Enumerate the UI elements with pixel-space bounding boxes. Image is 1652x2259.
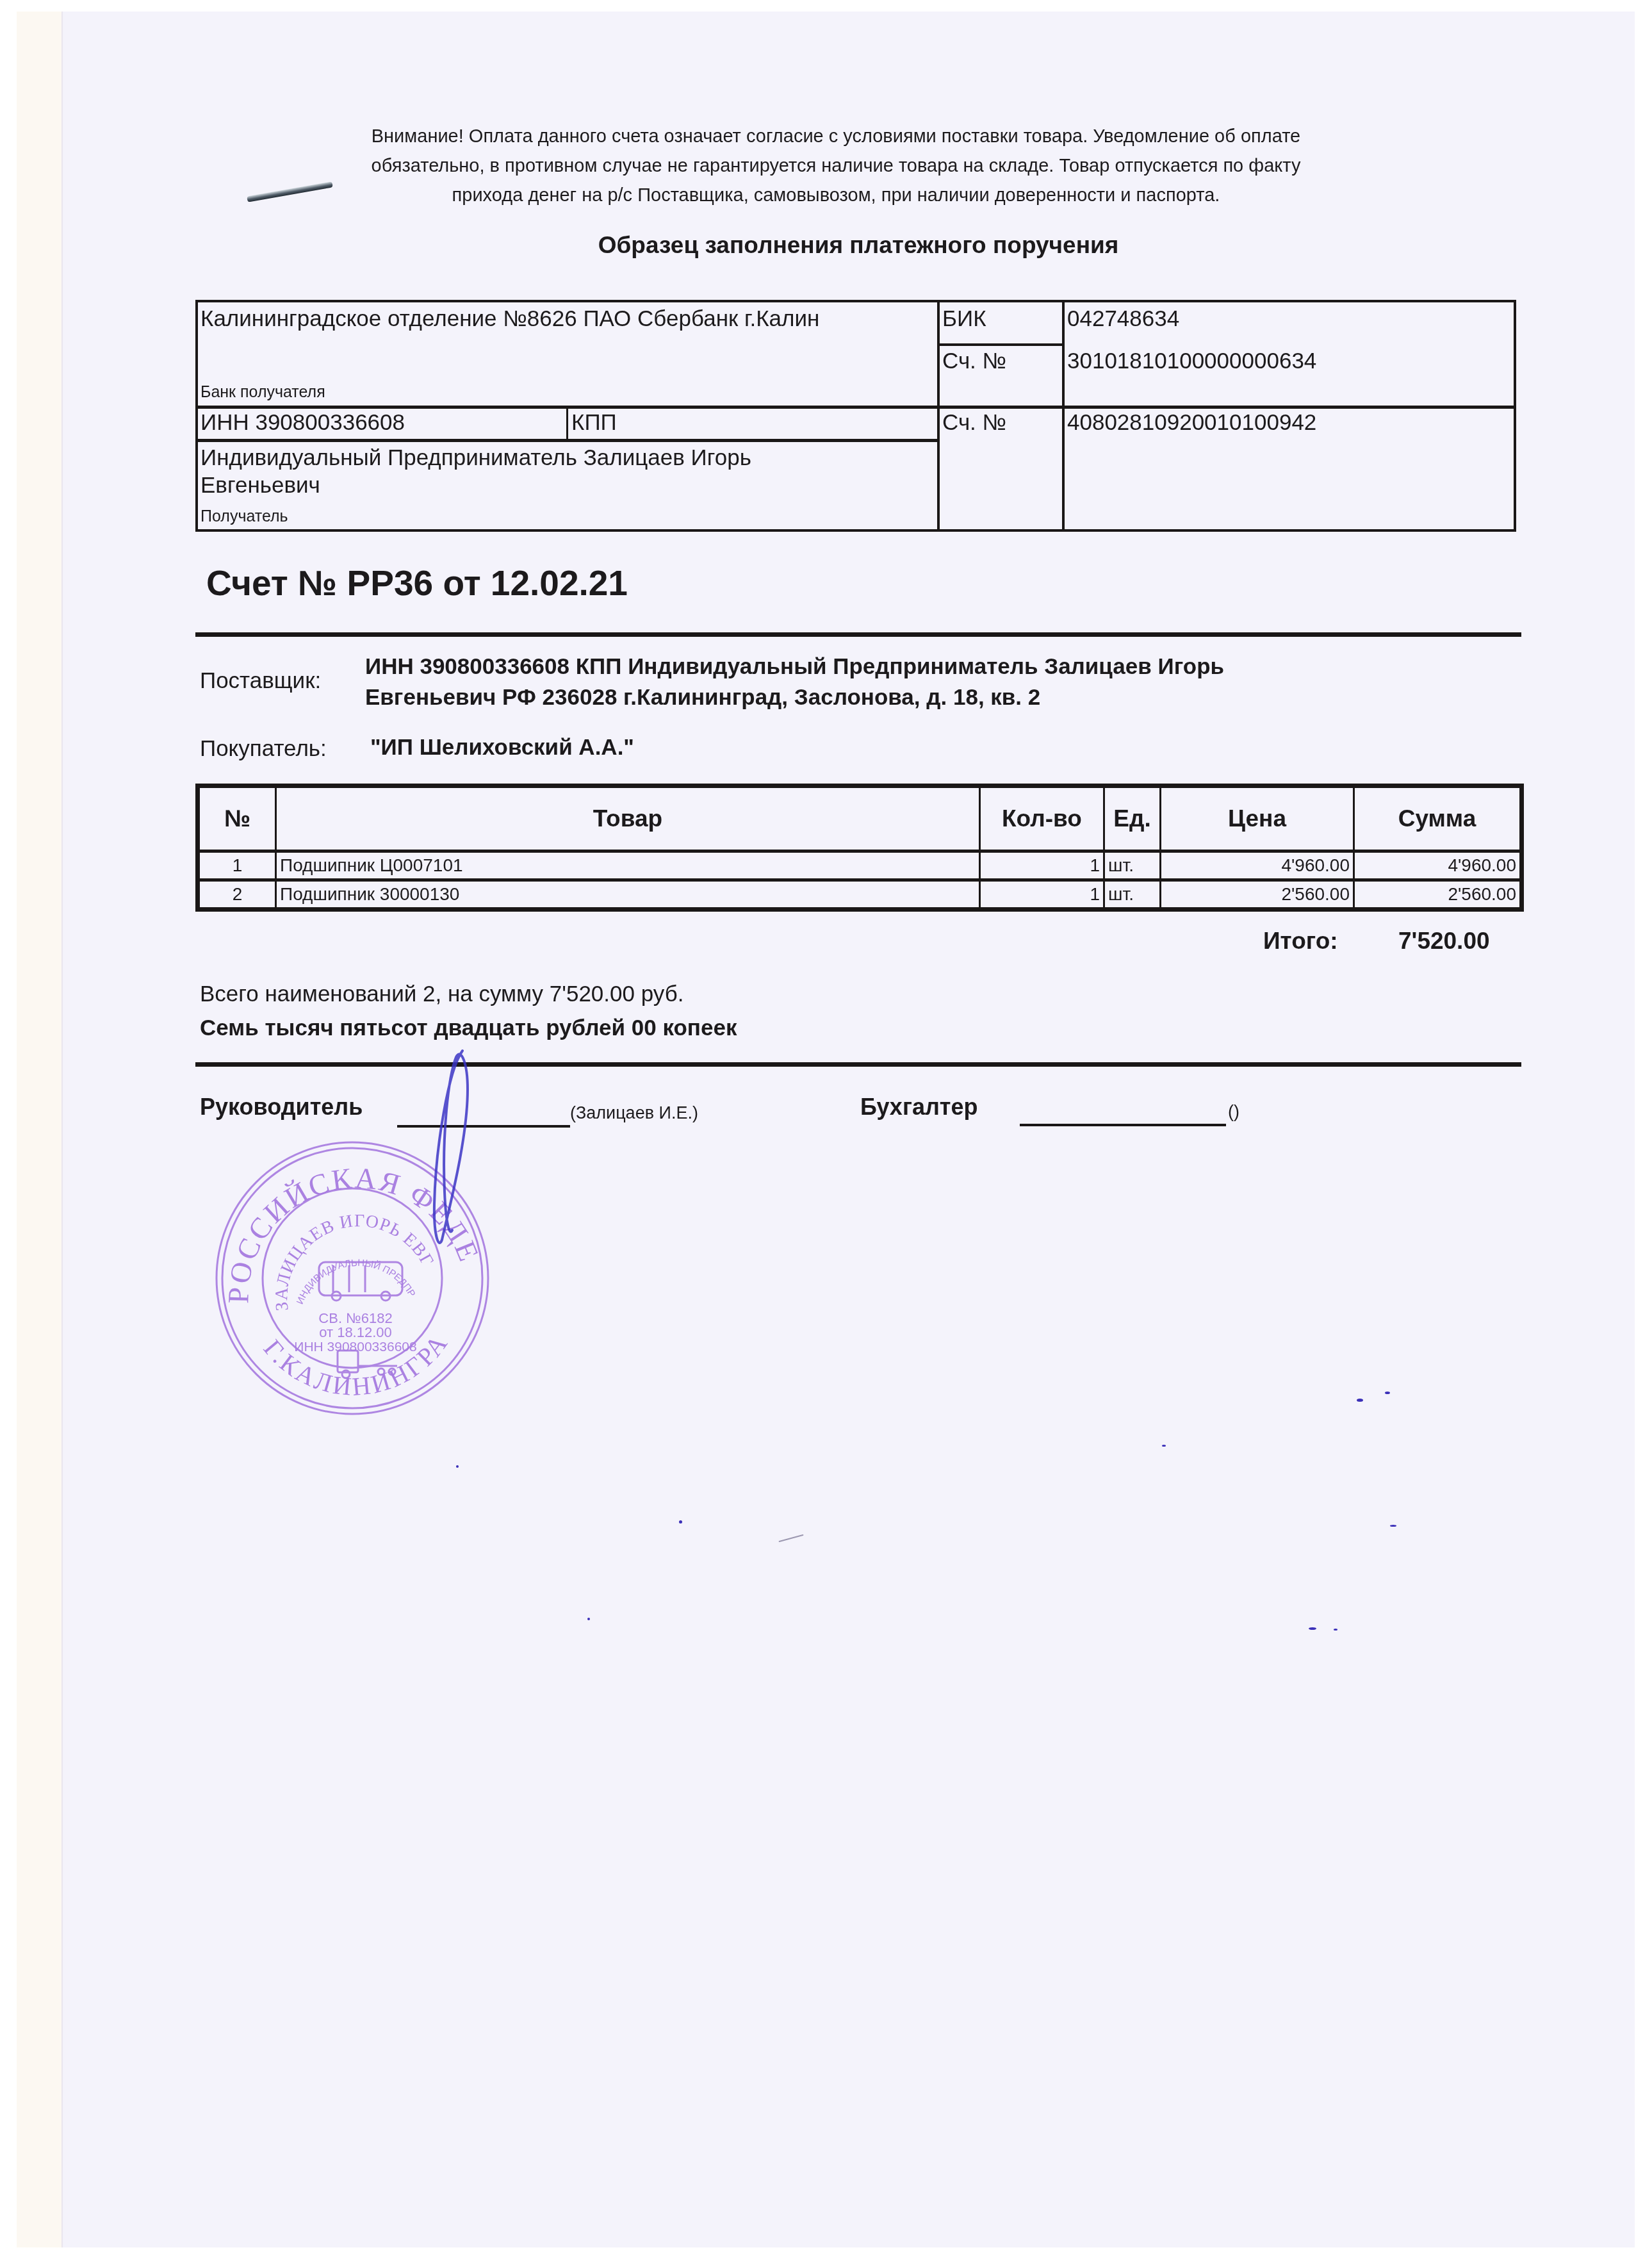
recipient-inn: ИНН 390800336608	[200, 410, 405, 436]
row-item: Подшипник 30000130	[276, 880, 980, 910]
recipient-kpp: КПП	[571, 410, 617, 436]
corr-account-label: Сч. №	[942, 349, 1006, 374]
accountant-name: ()	[1228, 1102, 1239, 1122]
ink-speck	[1385, 1392, 1390, 1394]
bank-label: Банк получателя	[200, 383, 325, 402]
row-price: 4'960.00	[1161, 851, 1354, 880]
row-number: 1	[198, 851, 276, 880]
bank-requisites-table: Калининградское отделение №8626 ПАО Сбер…	[195, 300, 1516, 532]
accountant-label: Бухгалтер	[860, 1094, 977, 1121]
table-row: 2 Подшипник 30000130 1 шт. 2'560.00 2'56…	[198, 880, 1522, 910]
summary-divider	[195, 1062, 1521, 1067]
row-number: 2	[198, 880, 276, 910]
row-item: Подшипник Ц0007101	[276, 851, 980, 880]
payment-sample-title: Образец заполнения платежного поручения	[192, 232, 1525, 259]
ink-speck	[1390, 1525, 1396, 1527]
accountant-signature-line	[1020, 1124, 1226, 1126]
ink-speck	[1162, 1445, 1166, 1447]
ink-speck	[1334, 1629, 1337, 1631]
supplier-line: ИНН 390800336608 КПП Индивидуальный Пред…	[365, 652, 1224, 682]
payment-notice: Внимание! Оплата данного счета означает …	[256, 122, 1416, 210]
row-unit: шт.	[1104, 851, 1161, 880]
bank-name: Калининградское отделение №8626 ПАО Сбер…	[200, 306, 819, 332]
title-divider	[195, 632, 1521, 637]
row-unit: шт.	[1104, 880, 1161, 910]
notice-line: прихода денег на р/с Поставщика, самовыв…	[256, 181, 1416, 210]
handwritten-signature	[423, 1044, 480, 1256]
row-sum: 2'560.00	[1354, 880, 1522, 910]
row-qty: 1	[980, 880, 1104, 910]
buyer-value: "ИП Шелиховский А.А."	[370, 732, 634, 763]
col-header-sum: Сумма	[1354, 786, 1522, 851]
stamp-date: от 18.12.00	[319, 1324, 392, 1340]
invoice-title: Счет № РР36 от 12.02.21	[206, 563, 628, 604]
goods-table: № Товар Кол-во Ед. Цена Сумма 1 Подшипни…	[195, 784, 1524, 912]
account-value: 40802810920010100942	[1067, 410, 1316, 436]
buyer-label: Покупатель:	[200, 736, 327, 762]
items-count-summary: Всего наименований 2, на сумму 7'520.00 …	[200, 982, 683, 1007]
ink-speck	[1309, 1627, 1316, 1630]
ink-speck	[679, 1520, 682, 1524]
ink-speck	[1357, 1399, 1363, 1402]
supplier-label: Поставщик:	[200, 668, 321, 694]
director-name: (Залицаев И.Е.)	[570, 1103, 698, 1123]
total-value: 7'520.00	[1398, 928, 1490, 955]
col-header-price: Цена	[1161, 786, 1354, 851]
notice-line: Внимание! Оплата данного счета означает …	[256, 122, 1416, 151]
supplier-details: ИНН 390800336608 КПП Индивидуальный Пред…	[365, 652, 1224, 713]
page-edge-strip	[17, 12, 63, 2247]
col-header-item: Товар	[276, 786, 980, 851]
row-price: 2'560.00	[1161, 880, 1354, 910]
notice-line: обязательно, в противном случае не гаран…	[256, 151, 1416, 181]
total-label: Итого:	[1263, 928, 1338, 955]
col-header-number: №	[198, 786, 276, 851]
bik-label: БИК	[942, 306, 986, 332]
stamp-inn: ИНН 390800336608	[294, 1340, 416, 1354]
row-qty: 1	[980, 851, 1104, 880]
amount-in-words: Семь тысяч пятьсот двадцать рублей 00 ко…	[200, 1015, 737, 1041]
ink-speck	[587, 1618, 590, 1620]
director-label: Руководитель	[200, 1094, 363, 1121]
recipient-label: Получатель	[200, 507, 288, 526]
account-label: Сч. №	[942, 410, 1006, 436]
recipient-name-line1: Индивидуальный Предприниматель Залицаев …	[200, 445, 751, 471]
col-header-unit: Ед.	[1104, 786, 1161, 851]
bik-value: 042748634	[1067, 306, 1179, 332]
ink-speck	[456, 1465, 459, 1468]
corr-account-value: 30101810100000000634	[1067, 349, 1316, 374]
col-header-qty: Кол-во	[980, 786, 1104, 851]
row-sum: 4'960.00	[1354, 851, 1522, 880]
table-row: 1 Подшипник Ц0007101 1 шт. 4'960.00 4'96…	[198, 851, 1522, 880]
recipient-name-line2: Евгеньевич	[200, 473, 320, 498]
supplier-line: Евгеньевич РФ 236028 г.Калининград, Засл…	[365, 682, 1224, 713]
table-header-row: № Товар Кол-во Ед. Цена Сумма	[198, 786, 1522, 851]
